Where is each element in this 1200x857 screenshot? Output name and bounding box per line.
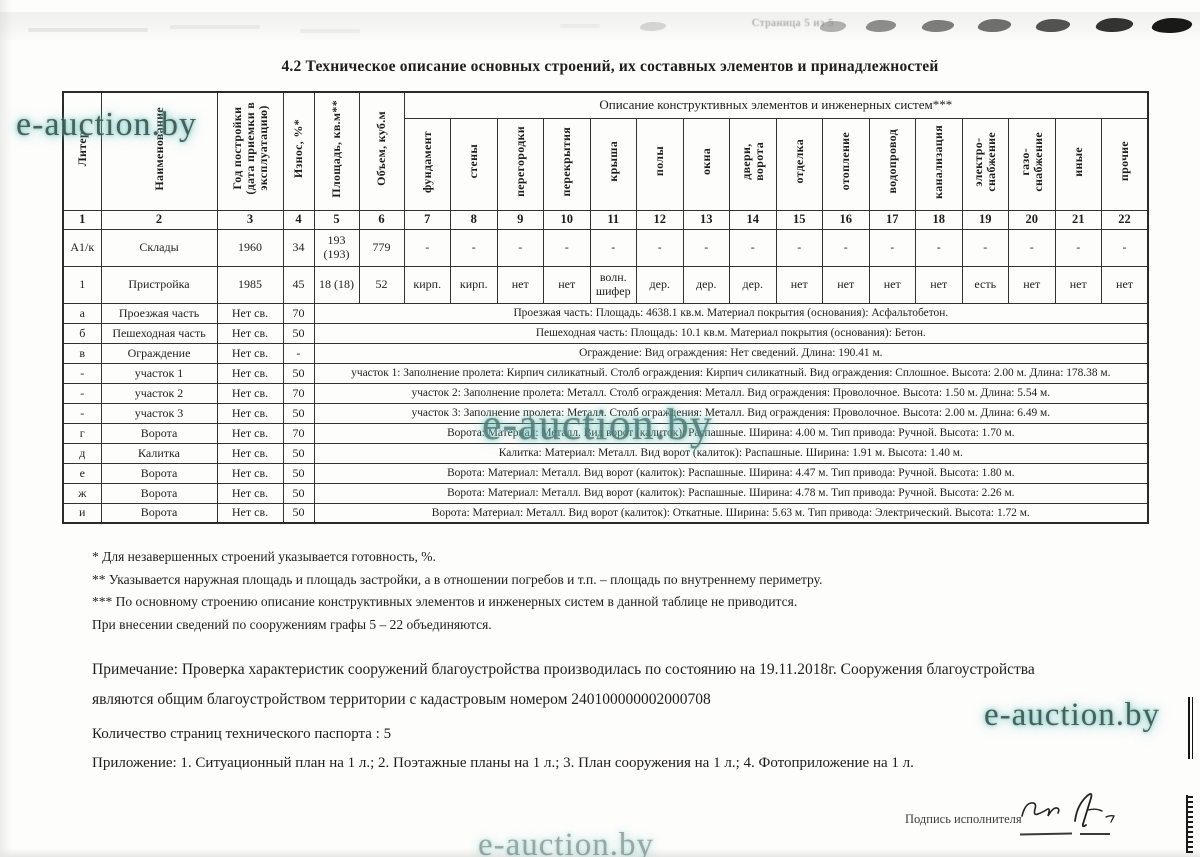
column-number: 17 bbox=[869, 210, 916, 229]
cell-element: - bbox=[869, 229, 916, 266]
cell-name: Проезжая часть bbox=[101, 303, 217, 323]
column-header-label: Площадь, кв.м** bbox=[330, 100, 343, 198]
cell-element: - bbox=[962, 229, 1009, 266]
cell-year: Нет св. bbox=[217, 383, 283, 403]
cell-area: 18 (18) bbox=[314, 266, 359, 303]
footnote-readiness: * Для незавершенных строений указывается… bbox=[92, 546, 822, 569]
column-number: 8 bbox=[451, 210, 498, 229]
table-row-structure: б Пешеходная часть Нет св. 50 Пешеходная… bbox=[63, 323, 1148, 343]
column-header-label: Литер bbox=[76, 131, 89, 166]
cell-element: - bbox=[1055, 229, 1102, 266]
column-number: 21 bbox=[1055, 210, 1102, 229]
signature-label: Подпись исполнителя bbox=[905, 812, 1022, 827]
cell-description: Пешеходная часть: Площадь: 10.1 кв.м. Ма… bbox=[314, 323, 1148, 343]
scan-edge-shading bbox=[0, 848, 1200, 857]
cell-name: участок 2 bbox=[101, 383, 217, 403]
table-row-structure: в Ограждение Нет св. - Ограждение: Вид о… bbox=[63, 343, 1148, 363]
cell-description: участок 3: Заполнение пролета: Металл. С… bbox=[314, 403, 1148, 423]
column-header-heating: отопление bbox=[823, 118, 870, 210]
cell-year: 1985 bbox=[217, 266, 283, 303]
note-paragraph: Примечание: Проверка характеристик соору… bbox=[92, 655, 1035, 715]
cell-wear: 70 bbox=[283, 423, 314, 443]
cell-name: Калитка bbox=[101, 443, 217, 463]
cell-name: Пристройка bbox=[101, 266, 217, 303]
footnotes: * Для незавершенных строений указывается… bbox=[92, 546, 822, 636]
cell-wear: 70 bbox=[283, 303, 314, 323]
table-row-structure: а Проезжая часть Нет св. 70 Проезжая час… bbox=[63, 303, 1148, 323]
cell-description: Ворота: Материал: Металл. Вид ворот (кал… bbox=[314, 463, 1148, 483]
column-number: 11 bbox=[590, 210, 637, 229]
column-number: 18 bbox=[916, 210, 963, 229]
cell-element: нет bbox=[916, 266, 963, 303]
cell-name: Пешеходная часть bbox=[101, 323, 217, 343]
cell-description: Ворота: Материал: Металл. Вид ворот (кал… bbox=[314, 423, 1148, 443]
column-number: 20 bbox=[1009, 210, 1056, 229]
column-number: 4 bbox=[283, 210, 314, 229]
column-header-label: электро- снабжение bbox=[972, 132, 998, 192]
cell-element: дер. bbox=[683, 266, 730, 303]
cell-element: нет bbox=[869, 266, 916, 303]
cell-year: Нет св. bbox=[217, 323, 283, 343]
section-title: 4.2 Техническое описание основных строен… bbox=[100, 58, 1120, 76]
signature-underline bbox=[1020, 833, 1072, 836]
cell-description: Калитка: Материал: Металл. Вид ворот (ка… bbox=[314, 443, 1148, 463]
column-header-doors: двери, ворота bbox=[730, 118, 777, 210]
cell-element: - bbox=[544, 229, 591, 266]
table-row-structure: и Ворота Нет св. 50 Ворота: Материал: Ме… bbox=[63, 503, 1148, 523]
column-header-label: отопление bbox=[839, 132, 852, 190]
table-row-building: 1 Пристройка 1985 45 18 (18) 52 кирп. ки… bbox=[63, 266, 1148, 303]
cell-wear: 50 bbox=[283, 363, 314, 383]
column-header-label: перекрытия bbox=[560, 127, 573, 197]
column-number: 5 bbox=[314, 210, 359, 229]
footnote-area: ** Указывается наружная площадь и площад… bbox=[92, 569, 822, 592]
table-row-structure: ж Ворота Нет св. 50 Ворота: Материал: Ме… bbox=[63, 483, 1148, 503]
cell-liter: а bbox=[63, 303, 101, 323]
cell-area: 193 (193) bbox=[314, 229, 359, 266]
column-number: 10 bbox=[544, 210, 591, 229]
cell-liter: г bbox=[63, 423, 101, 443]
cell-year: Нет св. bbox=[217, 503, 283, 523]
column-header-volume: Объем, куб.м bbox=[359, 92, 404, 210]
cell-wear: 70 bbox=[283, 383, 314, 403]
cell-liter: - bbox=[63, 363, 101, 383]
cell-description: Ворота: Материал: Металл. Вид ворот (кал… bbox=[314, 483, 1148, 503]
cell-volume: 52 bbox=[359, 266, 404, 303]
column-header-foundation: фундамент bbox=[404, 118, 451, 210]
column-number: 12 bbox=[637, 210, 684, 229]
column-number: 15 bbox=[776, 210, 823, 229]
column-header-label: Наименование bbox=[153, 107, 166, 191]
column-header-label: водопровод bbox=[886, 129, 899, 194]
cell-description: участок 2: Заполнение пролета: Металл. С… bbox=[314, 383, 1148, 403]
cell-element: нет bbox=[1009, 266, 1056, 303]
table-row-structure: д Калитка Нет св. 50 Калитка: Материал: … bbox=[63, 443, 1148, 463]
column-header-ceilings: перекрытия bbox=[544, 118, 591, 210]
cell-liter: - bbox=[63, 383, 101, 403]
column-header-label: Износ, %* bbox=[292, 119, 305, 178]
cell-description: Проезжая часть: Площадь: 4638.1 кв.м. Ма… bbox=[314, 303, 1148, 323]
cell-element: нет bbox=[823, 266, 870, 303]
column-header-label: окна bbox=[700, 148, 713, 175]
cell-wear: 50 bbox=[283, 443, 314, 463]
column-header-label: полы bbox=[653, 146, 666, 176]
cell-wear: 50 bbox=[283, 503, 314, 523]
column-number: 3 bbox=[217, 210, 283, 229]
cell-wear: 50 bbox=[283, 403, 314, 423]
cell-element: - bbox=[776, 229, 823, 266]
table-row-structure: е Ворота Нет св. 50 Ворота: Материал: Ме… bbox=[63, 463, 1148, 483]
pages-count-line: Количество страниц технического паспорта… bbox=[92, 726, 391, 743]
column-header-wear: Износ, %* bbox=[283, 92, 314, 210]
cell-name: Склады bbox=[101, 229, 217, 266]
column-header-liter: Литер bbox=[63, 92, 101, 210]
technical-description-table: Литер Наименование Год постройки (дата п… bbox=[62, 91, 1149, 524]
cell-element: - bbox=[590, 229, 637, 266]
cell-description: участок 1: Заполнение пролета: Кирпич си… bbox=[314, 363, 1148, 383]
column-number: 2 bbox=[101, 210, 217, 229]
cell-element: - bbox=[451, 229, 498, 266]
column-header-label: Объем, куб.м bbox=[375, 111, 388, 186]
cell-element: - bbox=[823, 229, 870, 266]
cell-year: Нет св. bbox=[217, 443, 283, 463]
cell-year: Нет св. bbox=[217, 483, 283, 503]
column-number: 13 bbox=[683, 210, 730, 229]
table-row-structure: - участок 1 Нет св. 50 участок 1: Заполн… bbox=[63, 363, 1148, 383]
column-header-label: двери, ворота bbox=[740, 142, 766, 181]
footnote-merge: При внесении сведений по сооружениям гра… bbox=[92, 614, 822, 637]
cell-year: Нет св. bbox=[217, 303, 283, 323]
column-number: 19 bbox=[962, 210, 1009, 229]
cell-element: - bbox=[730, 229, 777, 266]
scan-smudge bbox=[170, 25, 260, 29]
cell-year: Нет св. bbox=[217, 463, 283, 483]
cell-wear: 34 bbox=[283, 229, 314, 266]
cell-element: нет bbox=[776, 266, 823, 303]
cell-element: кирп. bbox=[451, 266, 498, 303]
footnote-description: *** По основному строению описание конст… bbox=[92, 591, 822, 614]
cell-element: нет bbox=[497, 266, 544, 303]
cell-element: нет bbox=[544, 266, 591, 303]
cell-name: Ворота bbox=[101, 463, 217, 483]
column-header-label: прочие bbox=[1118, 141, 1131, 181]
cell-liter: ж bbox=[63, 483, 101, 503]
column-header-electricity: электро- снабжение bbox=[962, 118, 1009, 210]
cell-volume: 779 bbox=[359, 229, 404, 266]
column-header-windows: окна bbox=[683, 118, 730, 210]
column-header-label: газо- снабжение bbox=[1019, 132, 1045, 192]
scan-edge-line bbox=[1188, 697, 1193, 759]
cell-element: есть bbox=[962, 266, 1009, 303]
cell-element: нет bbox=[1055, 266, 1102, 303]
column-header-label: отделка bbox=[793, 139, 806, 184]
cell-wear: 45 bbox=[283, 266, 314, 303]
column-header-gas: газо- снабжение bbox=[1009, 118, 1056, 210]
column-header-label: канализация bbox=[932, 125, 945, 199]
column-number: 14 bbox=[730, 210, 777, 229]
cell-element: - bbox=[497, 229, 544, 266]
table-row-building: А1/к Склады 1960 34 193 (193) 779 - - - … bbox=[63, 229, 1148, 266]
column-header-partitions: перегородки bbox=[497, 118, 544, 210]
cell-liter: б bbox=[63, 323, 101, 343]
column-header-roof: крыша bbox=[590, 118, 637, 210]
column-header-name: Наименование bbox=[101, 92, 217, 210]
column-group-header: Описание конструктивных элементов и инже… bbox=[404, 92, 1148, 118]
column-header-water: водопровод bbox=[869, 118, 916, 210]
cell-liter: в bbox=[63, 343, 101, 363]
cell-element: нет bbox=[1102, 266, 1149, 303]
column-header-year: Год постройки (дата приемки в эксплуатац… bbox=[217, 92, 283, 210]
cell-wear: - bbox=[283, 343, 314, 363]
cell-element: - bbox=[1102, 229, 1149, 266]
cell-description: Ворота: Материал: Металл. Вид ворот (кал… bbox=[314, 503, 1148, 523]
column-header-area: Площадь, кв.м** bbox=[314, 92, 359, 210]
cell-year: Нет св. bbox=[217, 403, 283, 423]
column-number: 7 bbox=[404, 210, 451, 229]
cell-wear: 50 bbox=[283, 483, 314, 503]
column-header-sewer: канализация bbox=[916, 118, 963, 210]
cell-name: участок 1 bbox=[101, 363, 217, 383]
cell-name: участок 3 bbox=[101, 403, 217, 423]
cell-element: - bbox=[1009, 229, 1056, 266]
table-row-structure: г Ворота Нет св. 70 Ворота: Материал: Ме… bbox=[63, 423, 1148, 443]
cell-wear: 50 bbox=[283, 463, 314, 483]
cell-element: - bbox=[637, 229, 684, 266]
appendix-line: Приложение: 1. Ситуационный план на 1 л.… bbox=[92, 755, 914, 772]
cell-element: дер. bbox=[637, 266, 684, 303]
cell-element: дер. bbox=[730, 266, 777, 303]
note-line: Примечание: Проверка характеристик соору… bbox=[92, 655, 1035, 685]
table-row-structure: - участок 2 Нет св. 70 участок 2: Заполн… bbox=[63, 383, 1148, 403]
cell-liter: д bbox=[63, 443, 101, 463]
column-number: 22 bbox=[1102, 210, 1149, 229]
scan-edge-shading bbox=[0, 0, 12, 857]
column-header-label: иные bbox=[1072, 147, 1085, 177]
cell-year: Нет св. bbox=[217, 423, 283, 443]
cell-year: Нет св. bbox=[217, 343, 283, 363]
column-numbers-row: 1 2 3 4 5 6 7 8 9 10 11 12 13 14 15 16 1… bbox=[63, 210, 1148, 229]
cell-element: - bbox=[683, 229, 730, 266]
column-header-label: крыша bbox=[607, 141, 620, 182]
cell-liter: и bbox=[63, 503, 101, 523]
cell-description: Ограждение: Вид ограждения: Нет сведений… bbox=[314, 343, 1148, 363]
signature-underline bbox=[1080, 833, 1110, 835]
column-header-label: стены bbox=[467, 144, 480, 178]
page-number-header: Страница 5 из 5 bbox=[752, 17, 834, 29]
column-header-other1: иные bbox=[1055, 118, 1102, 210]
cell-liter: е bbox=[63, 463, 101, 483]
cell-element: кирп. bbox=[404, 266, 451, 303]
cell-year: 1960 bbox=[217, 229, 283, 266]
cell-year: Нет св. bbox=[217, 363, 283, 383]
column-header-walls: стены bbox=[451, 118, 498, 210]
column-number: 16 bbox=[823, 210, 870, 229]
cell-wear: 50 bbox=[283, 323, 314, 343]
cell-name: Ворота bbox=[101, 483, 217, 503]
column-header-floors: полы bbox=[637, 118, 684, 210]
column-header-label: Год постройки (дата приемки в эксплуатац… bbox=[231, 102, 270, 195]
cell-name: Ограждение bbox=[101, 343, 217, 363]
column-header-other2: прочие bbox=[1102, 118, 1149, 210]
cell-element: - bbox=[404, 229, 451, 266]
note-line: являются общим благоустройством территор… bbox=[92, 685, 1035, 715]
cell-element: волн. шифер bbox=[590, 266, 637, 303]
cell-liter: - bbox=[63, 403, 101, 423]
cell-name: Ворота bbox=[101, 423, 217, 443]
cell-name: Ворота bbox=[101, 503, 217, 523]
cell-element: - bbox=[916, 229, 963, 266]
column-number: 6 bbox=[359, 210, 404, 229]
column-header-label: фундамент bbox=[421, 131, 434, 193]
scan-smudge bbox=[28, 28, 148, 32]
column-header-finishing: отделка bbox=[776, 118, 823, 210]
scan-smudge bbox=[300, 29, 360, 33]
column-number: 9 bbox=[497, 210, 544, 229]
table-row-structure: - участок 3 Нет св. 50 участок 3: Заполн… bbox=[63, 403, 1148, 423]
cell-liter: 1 bbox=[63, 266, 101, 303]
column-header-label: перегородки bbox=[514, 126, 527, 197]
column-number: 1 bbox=[63, 210, 101, 229]
handwritten-signature bbox=[1018, 790, 1128, 835]
cell-liter: А1/к bbox=[63, 229, 101, 266]
scan-smudge bbox=[560, 24, 600, 28]
scan-edge-line bbox=[1186, 795, 1193, 853]
